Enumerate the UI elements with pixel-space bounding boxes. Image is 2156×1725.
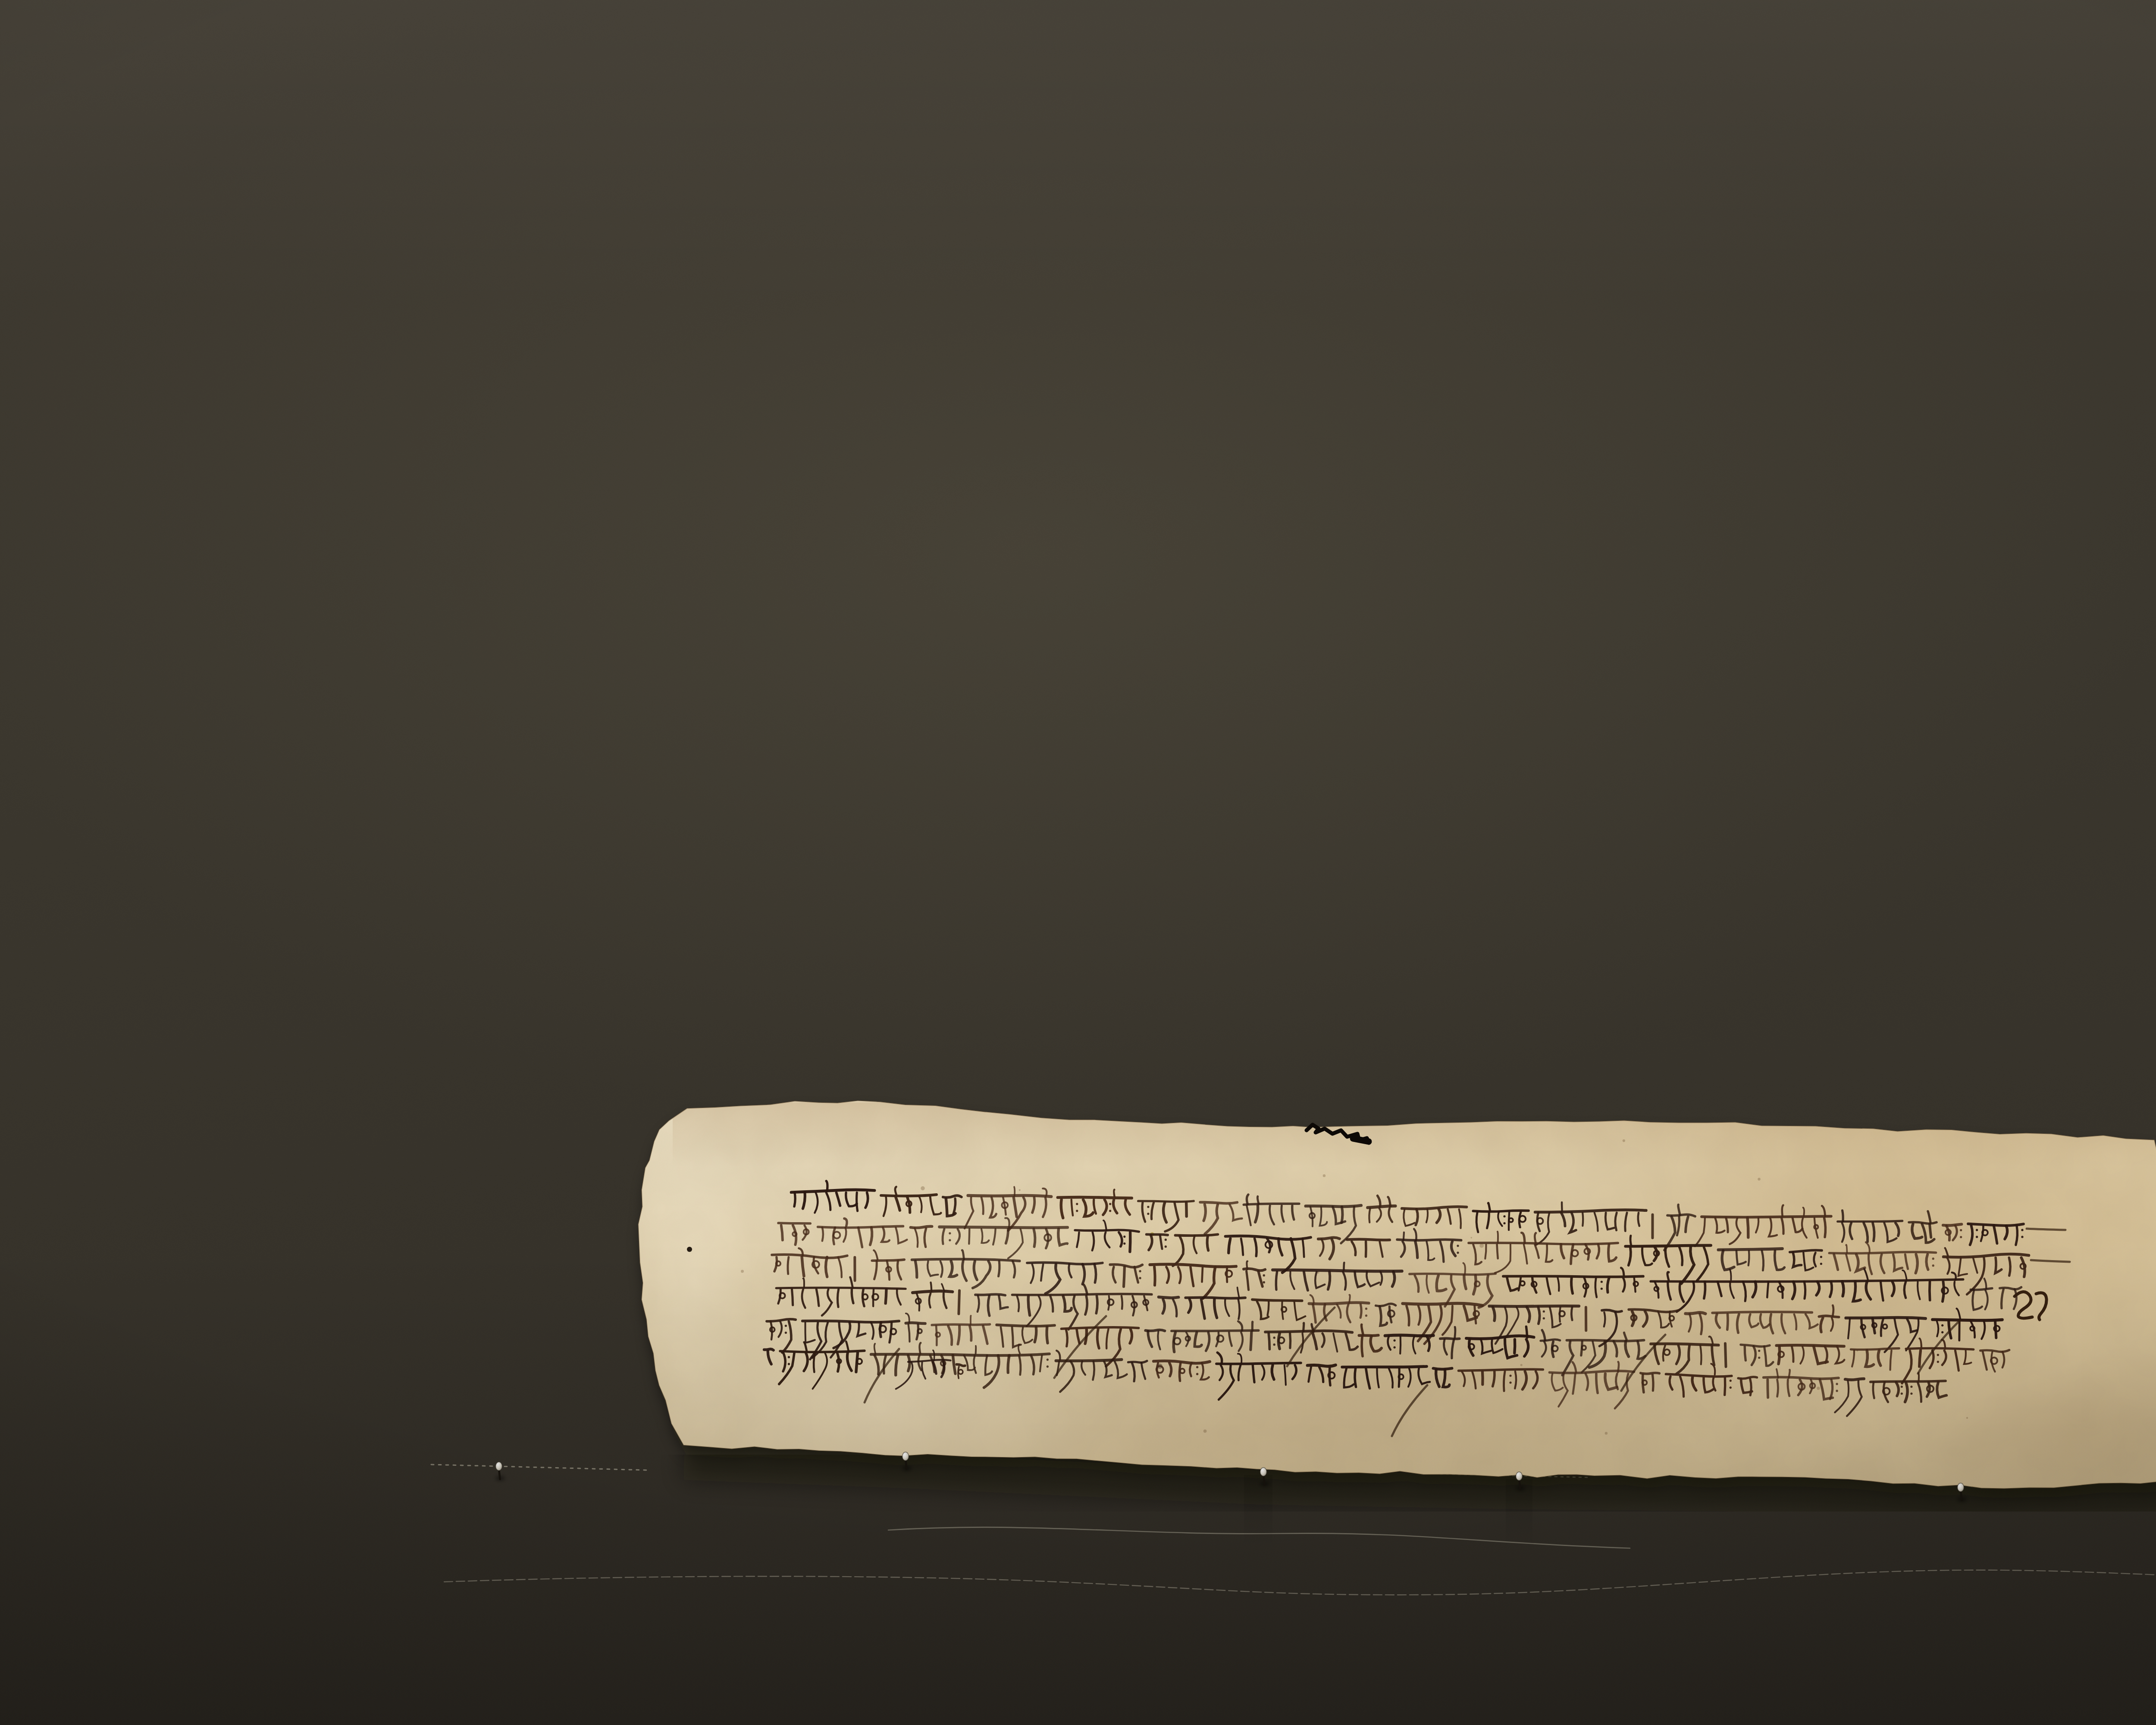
headline-stroke [1128, 1361, 1147, 1363]
glyph-stroke [857, 1192, 858, 1211]
visarga-dot [1273, 1336, 1275, 1339]
ascender-stroke [1404, 1233, 1404, 1240]
headline-stroke [1272, 1270, 1402, 1271]
visarga-dot [788, 1356, 790, 1358]
headline-stroke [1403, 1303, 1482, 1305]
glyph-stroke [1873, 1383, 1874, 1399]
visarga-dot [1601, 1288, 1603, 1290]
glyph-stroke [1504, 1371, 1505, 1391]
headline-stroke [1058, 1197, 1132, 1198]
ascender-stroke [1782, 1205, 1783, 1217]
ascender-stroke [1526, 1327, 1527, 1338]
visarga-dot [1937, 1354, 1939, 1356]
headline-stroke [1265, 1331, 1352, 1333]
headline-stroke [1397, 1239, 1461, 1240]
glyph-stroke [886, 1289, 887, 1304]
glyph-stroke [1341, 1207, 1342, 1223]
ascender-stroke [1252, 1322, 1253, 1330]
glyph-stroke [1154, 1267, 1155, 1286]
ascender-stroke [1789, 1370, 1789, 1378]
visarga-dot [1147, 1213, 1149, 1215]
visarga-dot [1820, 1263, 1822, 1265]
visarga-dot [1147, 1206, 1149, 1208]
glyph-stroke [1400, 1336, 1401, 1354]
headline-stroke [1777, 1345, 1844, 1346]
visarga-dot [1196, 1366, 1198, 1368]
visarga-dot [1123, 1236, 1125, 1238]
glyph-stroke [1725, 1377, 1725, 1395]
visarga-dot [1503, 1215, 1505, 1217]
visarga-dot [1123, 1242, 1125, 1245]
ascender-stroke [1843, 1211, 1843, 1221]
pin-head [1958, 1483, 1964, 1492]
visarga-dot [1393, 1346, 1395, 1349]
headline-stroke [1686, 1313, 1705, 1314]
visarga-dot [1901, 1393, 1903, 1395]
visarga-dot [1976, 1229, 1978, 1231]
glyph-stroke [1583, 1213, 1583, 1226]
visarga-dot [949, 1232, 951, 1234]
glyph-stroke [1269, 1333, 1269, 1349]
glyph-stroke [1276, 1272, 1277, 1290]
ascender-stroke [1535, 1233, 1536, 1243]
headline-stroke [912, 1291, 952, 1293]
headline-stroke [881, 1195, 937, 1196]
visarga-dot [1901, 1386, 1903, 1388]
glyph-stroke [1035, 1327, 1037, 1342]
ascender-stroke [971, 1316, 971, 1324]
visarga-dot [1836, 1390, 1838, 1392]
visarga-dot [1543, 1317, 1545, 1319]
paper-speck [1966, 1417, 1968, 1419]
visarga-dot [1730, 1386, 1732, 1389]
glyph-stroke [1290, 1333, 1291, 1348]
glyph-stroke [1227, 1267, 1227, 1282]
visarga-dot [1109, 1210, 1111, 1212]
headline-stroke [1702, 1216, 1831, 1217]
glyph-stroke [1096, 1296, 1097, 1313]
danda-stroke [1725, 1343, 1726, 1367]
visarga-dot [1836, 1383, 1838, 1385]
visarga-dot [785, 1325, 787, 1327]
ascender-stroke [1833, 1305, 1833, 1316]
glyph-stroke [1130, 1233, 1130, 1252]
headline-stroke [1838, 1221, 1902, 1221]
visarga-dot [1758, 1357, 1760, 1359]
visarga-dot [1941, 1331, 1943, 1333]
glyph-stroke [1596, 1374, 1598, 1393]
visarga-dot [1910, 1386, 1912, 1388]
paper-speck [741, 1270, 744, 1273]
visarga-dot [1758, 1350, 1760, 1352]
headline-stroke [1503, 1276, 1643, 1276]
visarga-dot [2021, 1229, 2023, 1231]
paper-speck [1019, 1189, 1021, 1191]
glyph-stroke [822, 1228, 823, 1241]
headline-stroke [1185, 1298, 1245, 1298]
visarga-dot [1165, 1239, 1167, 1241]
ascender-stroke [1014, 1187, 1015, 1195]
glyph-stroke [792, 1289, 793, 1305]
glyph-stroke [1124, 1267, 1125, 1287]
glyph-stroke [1652, 1375, 1653, 1391]
danda-stroke [959, 1291, 959, 1314]
ascender-stroke [1562, 1202, 1562, 1211]
manuscript-photo [0, 0, 2156, 1725]
pin-head [903, 1452, 909, 1461]
ascender-stroke [1303, 1323, 1304, 1332]
headline-stroke [1718, 1249, 1782, 1250]
headline-stroke [997, 1325, 1054, 1326]
glyph-stroke [1777, 1380, 1778, 1396]
glyph-stroke [826, 1257, 827, 1277]
flourish-stroke [2027, 1229, 2065, 1230]
headline-stroke [1347, 1239, 1390, 1240]
glyph-stroke [1767, 1282, 1768, 1298]
visarga-dot [1910, 1393, 1912, 1395]
glyph-stroke [1748, 1218, 1749, 1237]
headline-stroke [1061, 1327, 1138, 1329]
headline-stroke [1906, 1348, 1974, 1349]
glyph-stroke [1538, 1307, 1539, 1324]
headline-stroke [1244, 1204, 1299, 1204]
glyph-stroke [1008, 1355, 1009, 1373]
headline-stroke [818, 1226, 903, 1227]
visarga-dot [1820, 1256, 1822, 1258]
headline-stroke [1829, 1252, 1936, 1253]
headline-stroke [764, 1349, 774, 1350]
glyph-stroke [1028, 1296, 1030, 1315]
headline-stroke [1968, 1224, 2024, 1226]
headline-stroke [1489, 1306, 1579, 1306]
headline-stroke [911, 1226, 932, 1228]
glyph-stroke [1571, 1307, 1572, 1320]
ascender-stroke [895, 1187, 896, 1195]
visarga-dot [1976, 1236, 1978, 1238]
dark-fleck [687, 1247, 692, 1252]
glyph-stroke [1355, 1369, 1356, 1387]
visarga-dot [1263, 1274, 1265, 1276]
headline-stroke [968, 1195, 1051, 1197]
ascender-stroke [1247, 1261, 1247, 1270]
visarga-dot [1393, 1339, 1395, 1342]
visarga-dot [1941, 1324, 1943, 1327]
glyph-stroke [1749, 1251, 1749, 1265]
ascender-stroke [1498, 1232, 1498, 1243]
visarga-dot [1503, 1222, 1505, 1224]
glyph-stroke [2009, 1258, 2010, 1276]
visarga-dot [1076, 1203, 1078, 1205]
glyph-stroke [1750, 1379, 1752, 1395]
glyph-stroke [1745, 1346, 1745, 1360]
visarga-dot [1196, 1373, 1198, 1375]
visarga-dot [1076, 1210, 1078, 1212]
visarga-dot [1509, 1381, 1511, 1383]
glyph-stroke [908, 1355, 910, 1371]
glyph-stroke [1485, 1245, 1486, 1259]
headline-stroke [1200, 1202, 1237, 1204]
glyph-stroke [1329, 1367, 1330, 1385]
glyph-stroke [1727, 1314, 1728, 1330]
glyph-stroke [969, 1229, 969, 1244]
glyph-stroke [1122, 1296, 1122, 1309]
ascender-stroke [919, 1343, 921, 1354]
paper-speck [1479, 1244, 1484, 1248]
visarga-dot [1457, 1251, 1459, 1254]
ascender-stroke [1618, 1362, 1619, 1372]
glyph-stroke [1804, 1282, 1805, 1298]
headline-stroke [1626, 1245, 1711, 1246]
pin-head [1260, 1468, 1267, 1476]
visarga-dot [1932, 1264, 1934, 1267]
paper-speck [921, 1186, 924, 1190]
visarga-dot [1365, 1314, 1367, 1317]
visarga-dot [949, 1239, 951, 1241]
glyph-stroke [1930, 1282, 1930, 1300]
glyph-stroke [1930, 1224, 1931, 1237]
visarga-dot [785, 1332, 787, 1334]
headline-stroke [1651, 1344, 1718, 1345]
glyph-stroke [1207, 1236, 1209, 1251]
headline-stroke [802, 1321, 899, 1322]
headline-stroke [1159, 1297, 1178, 1298]
glyph-stroke [1767, 1380, 1768, 1398]
ink-zigzag-mark [1353, 1138, 1369, 1142]
glyph-stroke [988, 1296, 989, 1316]
glyph-stroke [915, 1261, 917, 1277]
headline-stroke [1440, 1339, 1460, 1339]
paper-speck [1817, 1386, 1820, 1389]
glyph-stroke [794, 1192, 795, 1206]
glyph-stroke [1034, 1229, 1035, 1247]
headline-stroke [1410, 1273, 1496, 1274]
photo-stage: মমাস্থিতি পুষ্পং ওঁ অক্ষতাশ্চ রিষ্টৈতা স… [0, 0, 2156, 1725]
pin-head [1516, 1472, 1523, 1480]
headline-stroke [1871, 1381, 1946, 1382]
headline-stroke [1933, 1320, 2002, 1320]
headline-stroke [1252, 1299, 1302, 1301]
headline-stroke [780, 1351, 865, 1352]
headline-stroke [1845, 1379, 1864, 1380]
ascender-stroke [1344, 1263, 1344, 1270]
headline-stroke [1175, 1234, 1218, 1236]
glyph-stroke [1700, 1345, 1701, 1364]
ascender-stroke [931, 1283, 931, 1292]
ascender-stroke [1455, 1327, 1455, 1338]
glyph-stroke [1202, 1267, 1203, 1282]
glyph-stroke [1919, 1351, 1921, 1367]
glyph-stroke [1047, 1327, 1048, 1343]
visarga-dot [1139, 1277, 1141, 1279]
ascender-stroke [1257, 1196, 1259, 1204]
visarga-dot [1263, 1281, 1265, 1283]
glyph-stroke [1360, 1305, 1361, 1318]
glyph-stroke [1250, 1332, 1251, 1349]
paper-speck [1605, 1432, 1608, 1434]
glyph-stroke [1995, 1321, 1996, 1338]
ascender-stroke [1349, 1295, 1350, 1302]
ascender-stroke [1630, 1236, 1631, 1245]
glyph-stroke [788, 1257, 789, 1274]
visarga-dot [1047, 1358, 1049, 1361]
visarga-dot [1937, 1361, 1939, 1363]
visarga-dot [1457, 1245, 1459, 1247]
paper-speck [1470, 1237, 1472, 1239]
paper-speck [1758, 1178, 1760, 1180]
visarga-dot [1543, 1310, 1545, 1312]
headline-stroke [1712, 1312, 1812, 1313]
headline-stroke [778, 1223, 810, 1223]
visarga-dot [2021, 1236, 2023, 1238]
visarga-dot [788, 1363, 790, 1365]
headline-stroke [1147, 1234, 1168, 1235]
headline-stroke [1846, 1317, 1926, 1318]
visarga-dot [1047, 1365, 1049, 1367]
glyph-stroke [1842, 1282, 1843, 1296]
visarga-dot [1109, 1203, 1111, 1205]
headline-stroke [1172, 1330, 1259, 1331]
ascender-stroke [1114, 1190, 1115, 1198]
paper-speck [1203, 1430, 1207, 1433]
paper-speck [1623, 1139, 1625, 1142]
visarga-dot [1165, 1245, 1167, 1248]
visarga-dot [1730, 1380, 1732, 1382]
paper-speck [1520, 1364, 1523, 1366]
ascender-stroke [826, 1181, 827, 1191]
glyph-stroke [1482, 1371, 1483, 1384]
ascender-stroke [976, 1346, 976, 1354]
headline-stroke [1469, 1243, 1618, 1244]
glyph-stroke [1514, 1339, 1515, 1353]
glyph-stroke [1571, 1277, 1573, 1293]
glyph-stroke [1873, 1223, 1874, 1241]
glyph-stroke [1475, 1306, 1476, 1324]
visarga-dot [1960, 1236, 1962, 1238]
visarga-dot [1273, 1343, 1275, 1345]
visarga-dot [1139, 1270, 1141, 1272]
glyph-stroke [1497, 1245, 1498, 1258]
headline-stroke [940, 1227, 1068, 1228]
glyph-stroke [1704, 1282, 1705, 1298]
glyph-stroke [1362, 1336, 1363, 1356]
visarga-dot [1601, 1281, 1603, 1283]
headline-stroke [1342, 1366, 1427, 1367]
headline-stroke [1307, 1365, 1335, 1366]
glyph-stroke [781, 1225, 783, 1240]
visarga-dot [1932, 1258, 1934, 1260]
glyph-stroke [1186, 1203, 1187, 1217]
headline-stroke [1851, 1349, 1899, 1350]
glyph-stroke [999, 1261, 1000, 1276]
visarga-dot [1960, 1229, 1962, 1231]
ascender-stroke [1667, 1272, 1669, 1280]
glyph-stroke [1253, 1365, 1254, 1383]
pin-head [496, 1462, 502, 1471]
headline-stroke [932, 1324, 990, 1325]
visarga-dot [1365, 1308, 1367, 1310]
glyph-stroke [1824, 1218, 1826, 1237]
headline-stroke [1541, 1339, 1560, 1341]
glyph-stroke [837, 1289, 838, 1307]
visarga-dot [1509, 1374, 1511, 1377]
paper-speck [1323, 1174, 1326, 1177]
headline-stroke [1012, 1294, 1151, 1295]
glyph-stroke [1369, 1208, 1370, 1223]
